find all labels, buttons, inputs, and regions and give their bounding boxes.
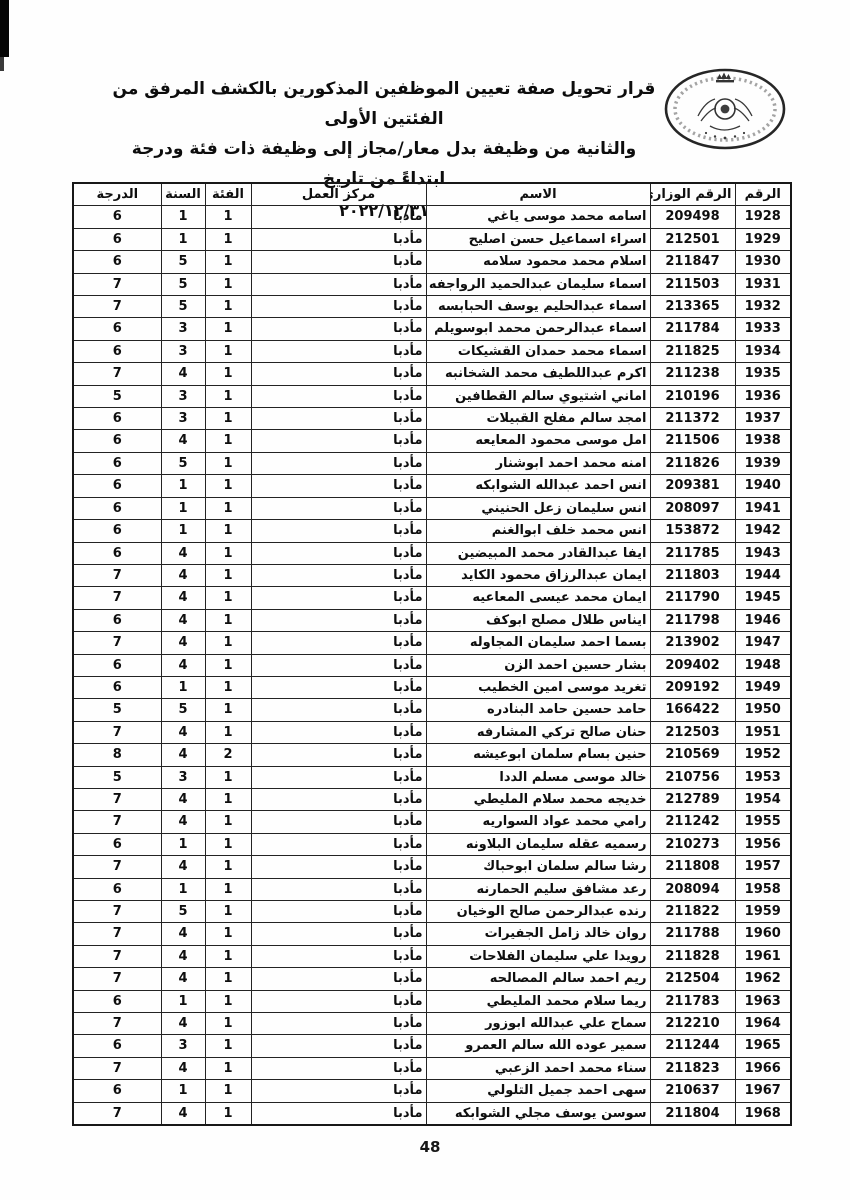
- cell-name: انس سليمان زعل الحنيني: [426, 497, 650, 519]
- cell-year: 4: [161, 856, 205, 878]
- cell-work-center: مأدبا: [251, 206, 426, 228]
- cell-ministry-no: 211785: [650, 542, 735, 564]
- cell-grade: 7: [73, 564, 161, 586]
- ministry-seal-icon: [660, 64, 790, 154]
- cell-name: اسماء محمد حمدان القشيكات: [426, 340, 650, 362]
- cell-name: ايمان محمد عيسى المعاعيه: [426, 587, 650, 609]
- title-line-1: قرار تحويل صفة تعيين الموظفين المذكورين …: [110, 74, 658, 134]
- cell-category: 1: [205, 228, 251, 250]
- table-row: 1951 212503 حنان صالح تركي المشارفه مأدب…: [73, 721, 791, 743]
- cell-num: 1947: [735, 632, 791, 654]
- cell-year: 5: [161, 699, 205, 721]
- cell-name: خديجه محمد سلام المليطي: [426, 788, 650, 810]
- cell-year: 1: [161, 990, 205, 1012]
- cell-year: 3: [161, 318, 205, 340]
- cell-grade: 5: [73, 699, 161, 721]
- cell-num: 1944: [735, 564, 791, 586]
- cell-category: 1: [205, 1013, 251, 1035]
- table-row: 1964 212210 سماح علي عبدالله ابوزور مأدب…: [73, 1013, 791, 1035]
- cell-grade: 7: [73, 1057, 161, 1079]
- cell-num: 1940: [735, 475, 791, 497]
- cell-category: 1: [205, 1080, 251, 1102]
- cell-name: ايفا عبدالقادر محمد المبيضين: [426, 542, 650, 564]
- cell-category: 1: [205, 676, 251, 698]
- cell-name: حنين بسام سلمان ابوعيشه: [426, 744, 650, 766]
- cell-name: اسماء عبدالحليم يوسف الحبابسه: [426, 296, 650, 318]
- cell-grade: 7: [73, 968, 161, 990]
- cell-ministry-no: 211798: [650, 609, 735, 631]
- cell-ministry-no: 210756: [650, 766, 735, 788]
- cell-name: اسراء اسماعيل حسن اصليح: [426, 228, 650, 250]
- cell-num: 1941: [735, 497, 791, 519]
- cell-name: رنده عبدالرحمن صالح الوخيان: [426, 901, 650, 923]
- cell-grade: 6: [73, 990, 161, 1012]
- cell-name: ريما سلام محمد المليطي: [426, 990, 650, 1012]
- cell-year: 1: [161, 833, 205, 855]
- cell-grade: 6: [73, 206, 161, 228]
- cell-work-center: مأدبا: [251, 273, 426, 295]
- cell-category: 1: [205, 206, 251, 228]
- cell-name: حنان صالح تركي المشارفه: [426, 721, 650, 743]
- cell-category: 1: [205, 856, 251, 878]
- cell-grade: 7: [73, 901, 161, 923]
- table-row: 1960 211788 روان خالد زامل الجفيرات مأدب…: [73, 923, 791, 945]
- cell-year: 4: [161, 721, 205, 743]
- cell-grade: 6: [73, 475, 161, 497]
- cell-work-center: مأدبا: [251, 452, 426, 474]
- cell-num: 1936: [735, 385, 791, 407]
- table-row: 1957 211808 رشا سالم سلمان ابوحباك مأدبا…: [73, 856, 791, 878]
- table-row: 1945 211790 ايمان محمد عيسى المعاعيه مأد…: [73, 587, 791, 609]
- cell-year: 4: [161, 654, 205, 676]
- cell-num: 1945: [735, 587, 791, 609]
- cell-name: اسامه محمد موسى ياغي: [426, 206, 650, 228]
- cell-work-center: مأدبا: [251, 990, 426, 1012]
- table-row: 1949 209192 تغريد موسى امين الخطيب مأدبا…: [73, 676, 791, 698]
- cell-work-center: مأدبا: [251, 766, 426, 788]
- table-row: 1961 211828 رويدا علي سليمان الفلاحات مأ…: [73, 945, 791, 967]
- table-row: 1947 213902 بسما احمد سليمان المجاوله مأ…: [73, 632, 791, 654]
- cell-grade: 7: [73, 923, 161, 945]
- cell-ministry-no: 211784: [650, 318, 735, 340]
- table-row: 1935 211238 اكرم عبداللطيف محمد الشخانبه…: [73, 363, 791, 385]
- table-row: 1939 211826 امنه محمد احمد ابوشنار مأدبا…: [73, 452, 791, 474]
- cell-year: 4: [161, 744, 205, 766]
- cell-grade: 6: [73, 1035, 161, 1057]
- cell-work-center: مأدبا: [251, 676, 426, 698]
- cell-name: حامد حسين حامد البنادره: [426, 699, 650, 721]
- cell-name: ايمان عبدالرزاق محمود الكايد: [426, 564, 650, 586]
- cell-work-center: مأدبا: [251, 609, 426, 631]
- cell-num: 1959: [735, 901, 791, 923]
- cell-ministry-no: 211244: [650, 1035, 735, 1057]
- cell-grade: 7: [73, 811, 161, 833]
- cell-num: 1957: [735, 856, 791, 878]
- cell-year: 1: [161, 1080, 205, 1102]
- cell-ministry-no: 211808: [650, 856, 735, 878]
- table-row: 1944 211803 ايمان عبدالرزاق محمود الكايد…: [73, 564, 791, 586]
- cell-name: سوسن يوسف مجلي الشوابكه: [426, 1102, 650, 1125]
- cell-grade: 6: [73, 408, 161, 430]
- cell-category: 1: [205, 296, 251, 318]
- cell-grade: 6: [73, 878, 161, 900]
- cell-ministry-no: 213365: [650, 296, 735, 318]
- cell-name: امل موسى محمود المعايعه: [426, 430, 650, 452]
- cell-year: 4: [161, 587, 205, 609]
- table-row: 1959 211822 رنده عبدالرحمن صالح الوخيان …: [73, 901, 791, 923]
- cell-year: 1: [161, 520, 205, 542]
- cell-name: بشار حسين احمد الزن: [426, 654, 650, 676]
- cell-ministry-no: 208094: [650, 878, 735, 900]
- cell-name: سهى احمد جميل التلولي: [426, 1080, 650, 1102]
- cell-category: 1: [205, 721, 251, 743]
- table-row: 1968 211804 سوسن يوسف مجلي الشوابكه مأدب…: [73, 1102, 791, 1125]
- table-row: 1956 210273 رسميه عقله سليمان البلاونه م…: [73, 833, 791, 855]
- table-row: 1966 211823 سناء محمد احمد الزعبي مأدبا …: [73, 1057, 791, 1079]
- cell-year: 4: [161, 542, 205, 564]
- cell-grade: 8: [73, 744, 161, 766]
- cell-grade: 6: [73, 1080, 161, 1102]
- cell-num: 1933: [735, 318, 791, 340]
- header-ministry-no: الرقم الوزاري: [650, 183, 735, 206]
- cell-grade: 5: [73, 766, 161, 788]
- cell-grade: 6: [73, 833, 161, 855]
- cell-grade: 7: [73, 856, 161, 878]
- table-row: 1942 153872 انس محمد خلف ابوالغنم مأدبا …: [73, 520, 791, 542]
- cell-category: 1: [205, 632, 251, 654]
- cell-work-center: مأدبا: [251, 408, 426, 430]
- cell-work-center: مأدبا: [251, 430, 426, 452]
- cell-year: 3: [161, 340, 205, 362]
- cell-work-center: مأدبا: [251, 564, 426, 586]
- cell-grade: 7: [73, 273, 161, 295]
- cell-name: رامي محمد عواد السواريه: [426, 811, 650, 833]
- cell-num: 1953: [735, 766, 791, 788]
- cell-grade: 6: [73, 654, 161, 676]
- cell-num: 1965: [735, 1035, 791, 1057]
- cell-category: 1: [205, 1102, 251, 1125]
- cell-grade: 6: [73, 318, 161, 340]
- cell-work-center: مأدبا: [251, 856, 426, 878]
- cell-work-center: مأدبا: [251, 833, 426, 855]
- cell-work-center: مأدبا: [251, 811, 426, 833]
- cell-category: 1: [205, 520, 251, 542]
- cell-ministry-no: 210569: [650, 744, 735, 766]
- cell-grade: 6: [73, 430, 161, 452]
- cell-category: 1: [205, 901, 251, 923]
- cell-ministry-no: 211783: [650, 990, 735, 1012]
- cell-work-center: مأدبا: [251, 632, 426, 654]
- cell-category: 1: [205, 318, 251, 340]
- cell-category: 1: [205, 587, 251, 609]
- cell-year: 5: [161, 901, 205, 923]
- cell-grade: 7: [73, 363, 161, 385]
- cell-ministry-no: 209498: [650, 206, 735, 228]
- cell-num: 1938: [735, 430, 791, 452]
- table-row: 1938 211506 امل موسى محمود المعايعه مأدب…: [73, 430, 791, 452]
- cell-category: 1: [205, 363, 251, 385]
- cell-ministry-no: 211503: [650, 273, 735, 295]
- cell-name: سمير عوده الله سالم العمرو: [426, 1035, 650, 1057]
- cell-name: سناء محمد احمد الزعبي: [426, 1057, 650, 1079]
- cell-ministry-no: 212501: [650, 228, 735, 250]
- cell-category: 1: [205, 475, 251, 497]
- cell-year: 1: [161, 475, 205, 497]
- header-name: الاسم: [426, 183, 650, 206]
- cell-category: 1: [205, 1035, 251, 1057]
- cell-year: 4: [161, 945, 205, 967]
- cell-name: رشا سالم سلمان ابوحباك: [426, 856, 650, 878]
- cell-year: 5: [161, 251, 205, 273]
- cell-category: 1: [205, 788, 251, 810]
- cell-work-center: مأدبا: [251, 587, 426, 609]
- table-row: 1946 211798 ايناس طلال مصلح ابوكف مأدبا …: [73, 609, 791, 631]
- table-row: 1934 211825 اسماء محمد حمدان القشيكات مأ…: [73, 340, 791, 362]
- cell-ministry-no: 211788: [650, 923, 735, 945]
- cell-num: 1956: [735, 833, 791, 855]
- cell-name: انس احمد عبدالله الشوابكه: [426, 475, 650, 497]
- cell-year: 4: [161, 968, 205, 990]
- cell-category: 1: [205, 251, 251, 273]
- cell-num: 1955: [735, 811, 791, 833]
- cell-name: بسما احمد سليمان المجاوله: [426, 632, 650, 654]
- cell-work-center: مأدبا: [251, 699, 426, 721]
- cell-name: خالد موسى مسلم الددا: [426, 766, 650, 788]
- cell-year: 1: [161, 228, 205, 250]
- cell-grade: 6: [73, 676, 161, 698]
- cell-num: 1966: [735, 1057, 791, 1079]
- cell-year: 5: [161, 296, 205, 318]
- cell-year: 4: [161, 564, 205, 586]
- cell-category: 1: [205, 878, 251, 900]
- cell-ministry-no: 211790: [650, 587, 735, 609]
- cell-name: ايناس طلال مصلح ابوكف: [426, 609, 650, 631]
- cell-category: 1: [205, 452, 251, 474]
- table-row: 1933 211784 اسماء عبدالرحمن محمد ابوسويل…: [73, 318, 791, 340]
- cell-work-center: مأدبا: [251, 318, 426, 340]
- cell-year: 4: [161, 811, 205, 833]
- table-row: 1965 211244 سمير عوده الله سالم العمرو م…: [73, 1035, 791, 1057]
- cell-name: تغريد موسى امين الخطيب: [426, 676, 650, 698]
- cell-work-center: مأدبا: [251, 385, 426, 407]
- cell-num: 1958: [735, 878, 791, 900]
- cell-grade: 6: [73, 497, 161, 519]
- cell-category: 1: [205, 430, 251, 452]
- cell-num: 1968: [735, 1102, 791, 1125]
- cell-ministry-no: 212789: [650, 788, 735, 810]
- cell-name: رسميه عقله سليمان البلاونه: [426, 833, 650, 855]
- cell-ministry-no: 208097: [650, 497, 735, 519]
- cell-ministry-no: 211242: [650, 811, 735, 833]
- cell-work-center: مأدبا: [251, 542, 426, 564]
- cell-ministry-no: 211826: [650, 452, 735, 474]
- cell-grade: 7: [73, 296, 161, 318]
- cell-year: 1: [161, 497, 205, 519]
- page-number: 48: [400, 1138, 460, 1156]
- cell-category: 1: [205, 990, 251, 1012]
- table-row: 1936 210196 اماني اشتيوي سالم القطافين م…: [73, 385, 791, 407]
- cell-num: 1929: [735, 228, 791, 250]
- cell-ministry-no: 211847: [650, 251, 735, 273]
- cell-ministry-no: 211238: [650, 363, 735, 385]
- cell-year: 4: [161, 1102, 205, 1125]
- cell-work-center: مأدبا: [251, 721, 426, 743]
- table-row: 1943 211785 ايفا عبدالقادر محمد المبيضين…: [73, 542, 791, 564]
- cell-work-center: مأدبا: [251, 923, 426, 945]
- table-row: 1952 210569 حنين بسام سلمان ابوعيشه مأدب…: [73, 744, 791, 766]
- cell-year: 4: [161, 923, 205, 945]
- cell-grade: 7: [73, 788, 161, 810]
- cell-num: 1937: [735, 408, 791, 430]
- cell-year: 3: [161, 408, 205, 430]
- cell-work-center: مأدبا: [251, 296, 426, 318]
- cell-work-center: مأدبا: [251, 744, 426, 766]
- table-row: 1948 209402 بشار حسين احمد الزن مأدبا 1 …: [73, 654, 791, 676]
- cell-grade: 6: [73, 251, 161, 273]
- cell-ministry-no: 211803: [650, 564, 735, 586]
- cell-year: 4: [161, 1057, 205, 1079]
- cell-num: 1946: [735, 609, 791, 631]
- cell-grade: 7: [73, 945, 161, 967]
- cell-year: 4: [161, 788, 205, 810]
- cell-name: اماني اشتيوي سالم القطافين: [426, 385, 650, 407]
- cell-category: 1: [205, 766, 251, 788]
- cell-num: 1934: [735, 340, 791, 362]
- cell-ministry-no: 212503: [650, 721, 735, 743]
- table-row: 1928 209498 اسامه محمد موسى ياغي مأدبا 1…: [73, 206, 791, 228]
- cell-work-center: مأدبا: [251, 1102, 426, 1125]
- cell-work-center: مأدبا: [251, 968, 426, 990]
- cell-name: اسماء عبدالرحمن محمد ابوسويلم: [426, 318, 650, 340]
- cell-ministry-no: 211506: [650, 430, 735, 452]
- cell-grade: 7: [73, 632, 161, 654]
- cell-name: اكرم عبداللطيف محمد الشخانبه: [426, 363, 650, 385]
- cell-work-center: مأدبا: [251, 520, 426, 542]
- table-row: 1929 212501 اسراء اسماعيل حسن اصليح مأدب…: [73, 228, 791, 250]
- cell-num: 1949: [735, 676, 791, 698]
- table-row: 1953 210756 خالد موسى مسلم الددا مأدبا 1…: [73, 766, 791, 788]
- scan-artifact-bar-small: [0, 57, 4, 71]
- cell-num: 1960: [735, 923, 791, 945]
- table-row: 1950 166422 حامد حسين حامد البنادره مأدب…: [73, 699, 791, 721]
- header-num: الرقم: [735, 183, 791, 206]
- cell-work-center: مأدبا: [251, 878, 426, 900]
- cell-work-center: مأدبا: [251, 654, 426, 676]
- cell-num: 1951: [735, 721, 791, 743]
- cell-grade: 5: [73, 385, 161, 407]
- cell-category: 1: [205, 923, 251, 945]
- cell-year: 4: [161, 363, 205, 385]
- cell-grade: 7: [73, 1102, 161, 1125]
- cell-grade: 7: [73, 721, 161, 743]
- cell-grade: 7: [73, 1013, 161, 1035]
- cell-num: 1950: [735, 699, 791, 721]
- cell-work-center: مأدبا: [251, 1013, 426, 1035]
- cell-year: 4: [161, 632, 205, 654]
- cell-category: 1: [205, 699, 251, 721]
- cell-ministry-no: 153872: [650, 520, 735, 542]
- cell-work-center: مأدبا: [251, 1035, 426, 1057]
- table-row: 1958 208094 رعد مشافق سليم الحمارنه مأدب…: [73, 878, 791, 900]
- cell-ministry-no: 212504: [650, 968, 735, 990]
- cell-num: 1942: [735, 520, 791, 542]
- cell-grade: 6: [73, 609, 161, 631]
- cell-category: 1: [205, 564, 251, 586]
- cell-ministry-no: 209192: [650, 676, 735, 698]
- cell-work-center: مأدبا: [251, 340, 426, 362]
- table-row: 1963 211783 ريما سلام محمد المليطي مأدبا…: [73, 990, 791, 1012]
- header-category: الفئة: [205, 183, 251, 206]
- header-year: السنة: [161, 183, 205, 206]
- table-row: 1930 211847 اسلام محمد محمود سلامه مأدبا…: [73, 251, 791, 273]
- cell-num: 1930: [735, 251, 791, 273]
- table-row: 1962 212504 ريم احمد سالم المصالحه مأدبا…: [73, 968, 791, 990]
- cell-name: اسلام محمد محمود سلامه: [426, 251, 650, 273]
- cell-category: 1: [205, 340, 251, 362]
- cell-category: 1: [205, 609, 251, 631]
- cell-ministry-no: 210637: [650, 1080, 735, 1102]
- cell-year: 1: [161, 878, 205, 900]
- scan-artifact-bar: [0, 0, 9, 57]
- cell-name: اسماء سليمان عبدالحميد الرواجفه: [426, 273, 650, 295]
- cell-name: امنه محمد احمد ابوشنار: [426, 452, 650, 474]
- cell-grade: 6: [73, 340, 161, 362]
- cell-ministry-no: 211825: [650, 340, 735, 362]
- cell-ministry-no: 209381: [650, 475, 735, 497]
- table-row: 1955 211242 رامي محمد عواد السواريه مأدب…: [73, 811, 791, 833]
- cell-num: 1935: [735, 363, 791, 385]
- cell-work-center: مأدبا: [251, 228, 426, 250]
- cell-grade: 7: [73, 587, 161, 609]
- cell-work-center: مأدبا: [251, 945, 426, 967]
- cell-grade: 6: [73, 542, 161, 564]
- cell-work-center: مأدبا: [251, 1057, 426, 1079]
- cell-name: انس محمد خلف ابوالغنم: [426, 520, 650, 542]
- cell-num: 1948: [735, 654, 791, 676]
- cell-category: 1: [205, 385, 251, 407]
- cell-name: روان خالد زامل الجفيرات: [426, 923, 650, 945]
- table-row: 1954 212789 خديجه محمد سلام المليطي مأدب…: [73, 788, 791, 810]
- cell-category: 1: [205, 654, 251, 676]
- cell-year: 1: [161, 676, 205, 698]
- cell-year: 1: [161, 206, 205, 228]
- cell-year: 4: [161, 1013, 205, 1035]
- table-row: 1941 208097 انس سليمان زعل الحنيني مأدبا…: [73, 497, 791, 519]
- cell-year: 3: [161, 1035, 205, 1057]
- cell-year: 5: [161, 273, 205, 295]
- cell-work-center: مأدبا: [251, 497, 426, 519]
- header-grade: الدرجة: [73, 183, 161, 206]
- cell-category: 1: [205, 273, 251, 295]
- table-row: 1931 211503 اسماء سليمان عبدالحميد الروا…: [73, 273, 791, 295]
- cell-name: ريم احمد سالم المصالحه: [426, 968, 650, 990]
- cell-num: 1954: [735, 788, 791, 810]
- cell-ministry-no: 211804: [650, 1102, 735, 1125]
- cell-category: 1: [205, 408, 251, 430]
- cell-year: 4: [161, 430, 205, 452]
- cell-category: 1: [205, 497, 251, 519]
- cell-category: 2: [205, 744, 251, 766]
- cell-grade: 6: [73, 520, 161, 542]
- cell-num: 1967: [735, 1080, 791, 1102]
- employees-table: الرقم الرقم الوزاري الاسم مركز العمل الف…: [72, 182, 792, 1126]
- cell-work-center: مأدبا: [251, 363, 426, 385]
- table-row: 1937 211372 امجد سالم مفلح القبيلات مأدب…: [73, 408, 791, 430]
- cell-num: 1962: [735, 968, 791, 990]
- cell-ministry-no: 211822: [650, 901, 735, 923]
- cell-ministry-no: 213902: [650, 632, 735, 654]
- cell-category: 1: [205, 833, 251, 855]
